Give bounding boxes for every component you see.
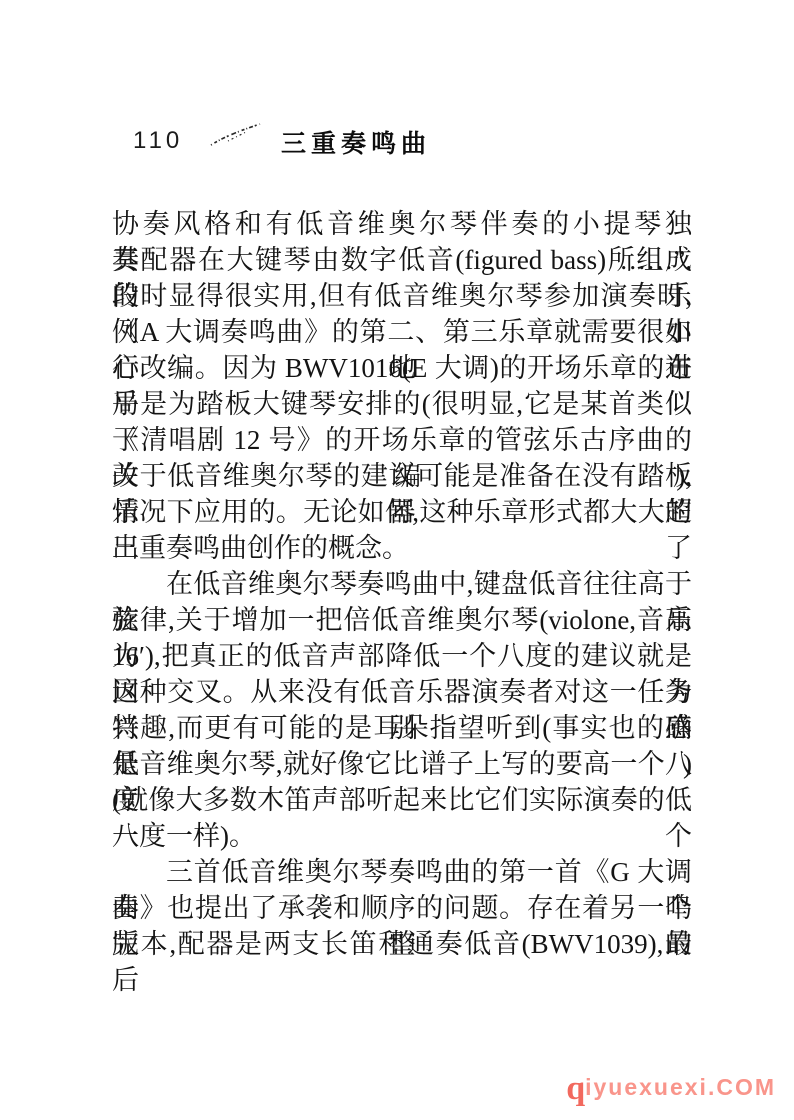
page-number: 110 — [133, 127, 183, 155]
text-line: 兴趣,而更有可能的是耳朵指望听到(事实也的确是) — [112, 710, 692, 746]
text-line: 这种交叉。从来没有低音乐器演奏者对这一任务特别感 — [112, 674, 692, 710]
text-line: 曲》也提出了承袭和顺序的问题。存在着另一个完整的 — [112, 890, 692, 926]
text-line: 《A 大调奏鸣曲》的第二、第三乐章就需要很小心地进 — [112, 314, 692, 350]
text-line: 协奏风格和有低音维奥尔琴伴奏的小提琴独奏……”. — [112, 206, 692, 242]
book-page: 110 三重奏鸣曲 协奏风格和有低音维奥尔琴伴奏的小提琴独奏……”.其配器在大键… — [0, 0, 794, 1120]
text-line: 版本,配器是两支长笛和通奏低音(BWV1039),最后 — [112, 926, 692, 962]
chapter-title: 三重奏鸣曲 — [281, 124, 431, 160]
text-line: 三首低音维奥尔琴奏鸣曲的第一首《G 大调奏鸣 — [112, 854, 692, 890]
text-line: 低音维奥尔琴,就好像它比谱子上写的要高一个八度 — [112, 746, 692, 782]
text-line: 段时显得很实用,但有低音维奥尔琴参加演奏时,例如 — [112, 278, 692, 314]
text-line: 旋律,关于增加一把倍低音维奥尔琴(violone,音高为 — [112, 602, 692, 638]
text-line: 情况下应用的。无论如何,这种乐章形式都大大超出了 — [112, 494, 692, 530]
text-line: 乎是为踏板大键琴安排的(很明显,它是某首类似于 — [112, 386, 692, 422]
text-line: 16′),把真正的低音声部降低一个八度的建议就是因为 — [112, 638, 692, 674]
text-line: 行改编。因为 BWV1016(E 大调)的开场乐章的布局似 — [112, 350, 692, 386]
text-line: 《清唱剧 12 号》的开场乐章的管弦乐古序曲的改编), — [112, 422, 692, 458]
pen-flourish-icon — [208, 121, 264, 149]
body-text: 协奏风格和有低音维奥尔琴伴奏的小提琴独奏……”.其配器在大键琴由数字低音(fig… — [112, 206, 692, 962]
watermark: qiyuexuexi.COM — [566, 1070, 776, 1108]
watermark-rest: iyuexuexi.COM — [585, 1074, 776, 1100]
text-line: 在低音维奥尔琴奏鸣曲中,键盘低音往往高于弦乐 — [112, 566, 692, 602]
text-line: 关于低音维奥尔琴的建议可能是准备在没有踏板乐器的 — [112, 458, 692, 494]
watermark-prefix: q — [566, 1070, 585, 1107]
text-line: 其配器在大键琴由数字低音(figured bass)所组成的乐 — [112, 242, 692, 278]
text-line: (就像大多数木笛声部听起来比它们实际演奏的低一个 — [112, 782, 692, 818]
